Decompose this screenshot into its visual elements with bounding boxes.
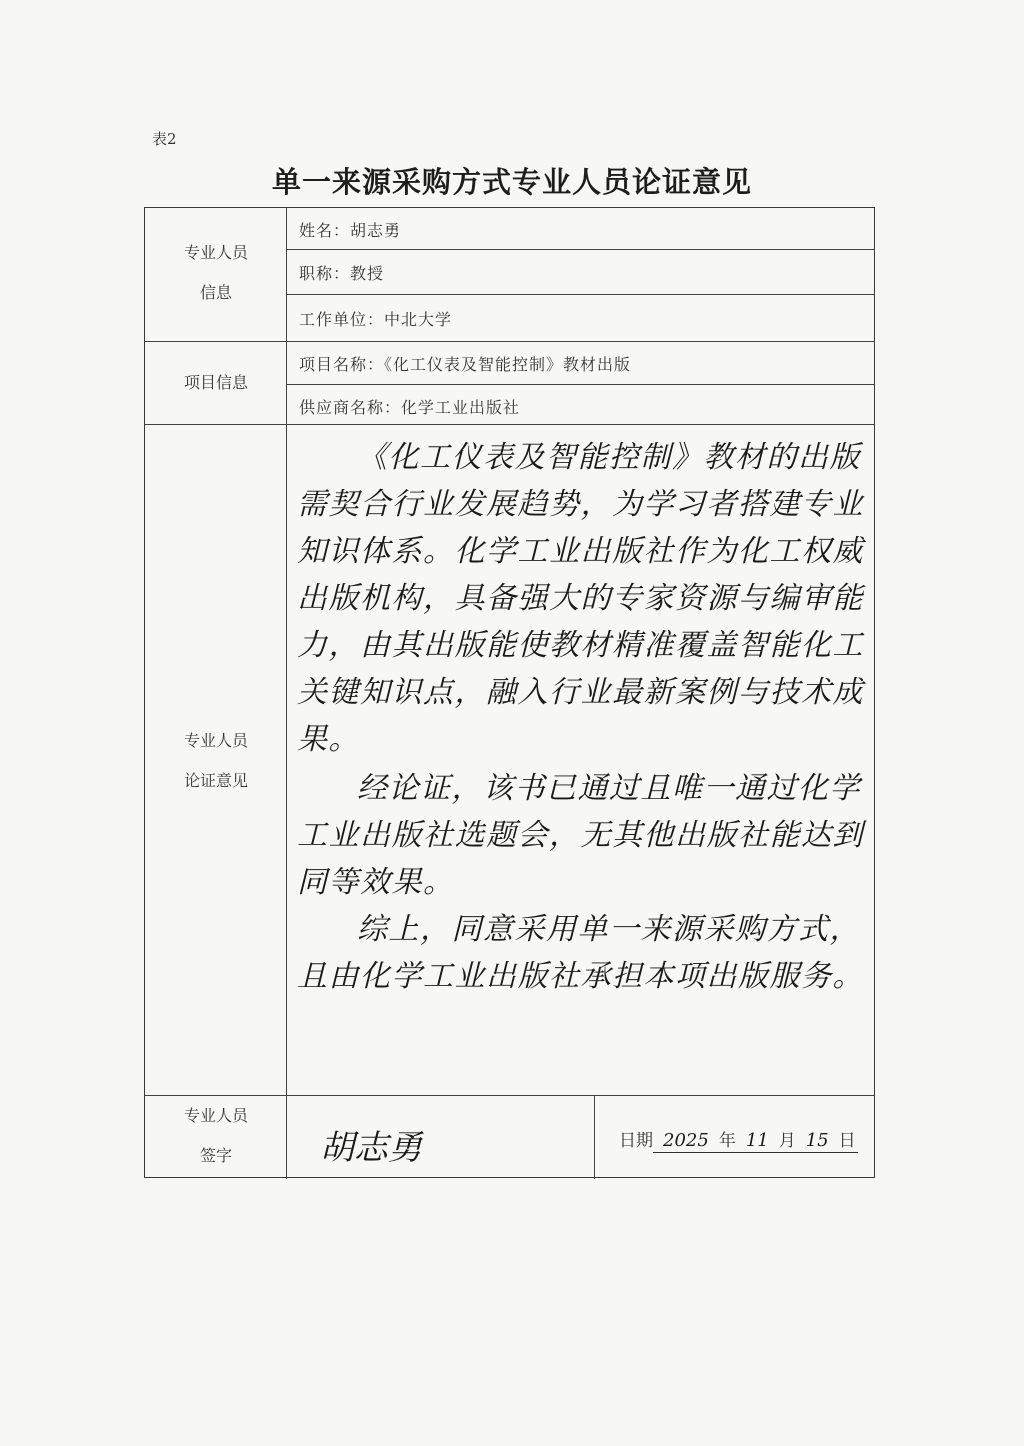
opinion-paragraph: 《化工仪表及智能控制》教材的出版需契合行业发展趋势，为学习者搭建专业知识体系。化… (297, 434, 867, 763)
section-divider (145, 341, 874, 342)
row-divider (286, 384, 874, 385)
date-month: 11 (746, 1130, 769, 1151)
opinion-paragraph: 综上，同意采用单一来源采购方式，且由化学工业出版社承担本项出版服务。 (297, 906, 867, 1000)
expert-info-label: 专业人员 信息 (145, 233, 287, 313)
opinion-paragraph: 经论证，该书已通过且唯一通过化学工业出版社选题会，无其他出版社能达到同等效果。 (297, 765, 867, 906)
signature-date: 日期 2025 年 11 月 15 日 (619, 1126, 858, 1153)
row-divider (286, 249, 874, 250)
row-divider (286, 294, 874, 295)
date-label: 日期 (619, 1126, 653, 1151)
date-day: 15 (806, 1130, 829, 1151)
argument-form-table: 专业人员 信息 姓名：胡志勇 职称：教授 工作单位：中北大学 项目信息 项目名称… (144, 207, 875, 1178)
project-name-field: 项目名称：《化工仪表及智能控制》教材出版 (299, 352, 631, 375)
date-underline: 2025 年 11 月 15 日 (653, 1126, 858, 1153)
expert-employer-field: 工作单位：中北大学 (299, 307, 452, 330)
supplier-name-field: 供应商名称：化学工业出版社 (299, 395, 520, 418)
date-year-unit: 年 (719, 1126, 736, 1151)
expert-title-field: 职称：教授 (299, 261, 384, 284)
handwritten-opinion: 《化工仪表及智能控制》教材的出版需契合行业发展趋势，为学习者搭建专业知识体系。化… (297, 434, 867, 1000)
date-month-unit: 月 (779, 1126, 796, 1151)
handwritten-signature: 胡志勇 (320, 1120, 422, 1169)
project-info-label: 项目信息 (145, 363, 287, 403)
date-year: 2025 (663, 1130, 709, 1151)
signature-date-divider (594, 1095, 595, 1179)
signature-label: 专业人员 签字 (145, 1096, 287, 1176)
document-title: 单一来源采购方式专业人员论证意见 (0, 160, 1024, 201)
table-number: 表2 (152, 128, 177, 149)
expert-name-field: 姓名：胡志勇 (299, 218, 401, 241)
date-day-unit: 日 (839, 1126, 856, 1151)
opinion-cell: 《化工仪表及智能控制》教材的出版需契合行业发展趋势，为学习者搭建专业知识体系。化… (145, 424, 874, 1095)
